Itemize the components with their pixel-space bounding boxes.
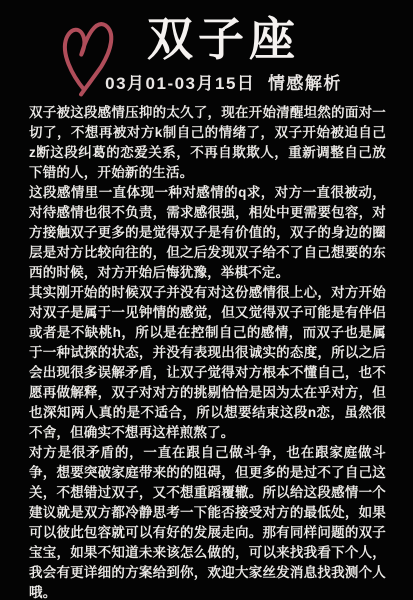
heart-icon (52, 8, 126, 96)
horoscope-poster: 双子座 03月01-03月15日 情感解析 双子被这段感情压抑的太久了，现在开始… (0, 0, 413, 600)
paragraph-4: 对方是很矛盾的，一直在跟自己做斗争，也在跟家庭做斗争，想要突破家庭带来的的阻碍，… (29, 443, 386, 600)
paragraph-1: 双子被这段感情压抑的太久了，现在开始清醒坦然的面对一切了，不想再被对方k制自己的… (29, 103, 386, 183)
paragraph-3: 其实刚开始的时候双子并没有对这份感情很上心，对方开始对双子是属于一见钟情的感觉，… (29, 283, 386, 443)
header: 双子座 03月01-03月15日 情感解析 (0, 0, 413, 94)
article-body: 双子被这段感情压抑的太久了，现在开始清醒坦然的面对一切了，不想再被对方k制自己的… (0, 94, 413, 600)
paragraph-2: 这段感情里一直体现一种对感情的q求，对方一直很被动，对待感情也很不负责，需求感很… (29, 183, 386, 283)
